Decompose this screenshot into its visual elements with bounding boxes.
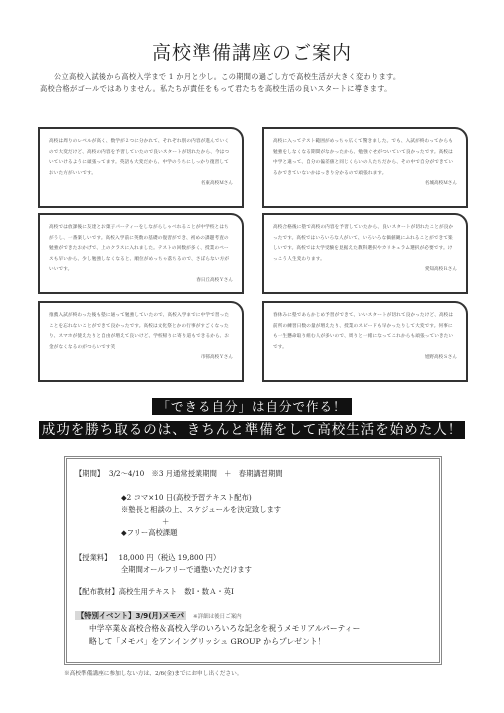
item-lessons-note: ※塾長と相談の上、スケジュールを決定致します — [121, 505, 281, 515]
testimonial-author: 愛知高校Ｒさん — [273, 266, 457, 272]
slogan-2-text: 成功を勝ち取るのは、きちんと準備をして高校生活を始めた人！ — [39, 421, 466, 439]
period-label: 【期間】 — [75, 469, 104, 479]
slogan-1-text: 「できる自分」は自分で作る！ — [152, 398, 351, 415]
event-label: 【特別イベント】3/9(月)メモパ — [75, 611, 186, 620]
testimonial-author: 春日丘高校Ｙさん — [49, 277, 233, 283]
testimonial-text: 高校に入ってテスト範囲がめっちゃ広くて驚きました。でも、入試が終わってからも勉強… — [273, 137, 457, 179]
fee-note: 全期間オールフリーで通塾いただけます — [121, 565, 252, 575]
testimonial-author: 市邨高校Ｙさん — [49, 354, 233, 360]
testimonial-box: 高校では放課後に友達とお菓子パーティーをしながらしゃべれることが中学校とはちがう… — [38, 213, 244, 294]
event-note: ※詳細は後日ご案内 — [193, 614, 242, 620]
testimonial-text: 高校合格後に塾で高校の内容を予習していたから、良いスタートが切れたことが良かった… — [273, 223, 457, 265]
materials-row: 【配布教材】高校生用テキスト 数Ⅰ・数Ａ・英Ⅰ — [75, 587, 234, 597]
intro-line-2: 高校合格がゴールではありません。私たちが責任をもって君たちを高校生活の良いスター… — [40, 83, 470, 95]
course-info-box: 【期間】 3/2～4/10 ※3 月通常授業期間 ＋ 春期講習期間 ◆2 コマ×… — [64, 456, 442, 665]
event-row: 【特別イベント】3/9(月)メモパ ※詳細は後日ご案内 — [75, 611, 242, 621]
item-lessons: ◆2 コマ×10 日(高校予習テキスト配布) — [121, 493, 252, 503]
testimonial-box: 春休みに塾であらかじめ予習ができて、いいスタートが切れて良かったけど、高校は前所… — [262, 301, 468, 382]
footer-note: ※高校準備講座に参加しない方は、2/6(金)までにお申し出ください。 — [64, 668, 243, 677]
period-value: 3/2～4/10 ※3 月通常授業期間 ＋ 春期講習期間 — [109, 469, 283, 478]
testimonial-author: 名東高校Ｍさん — [49, 180, 233, 186]
materials-label: 【配布教材】 — [75, 587, 119, 597]
materials-value: 高校生用テキスト 数Ⅰ・数Ａ・英Ⅰ — [119, 587, 234, 596]
intro-line-1: 公立高校入試後から高校入学まで 1 か月と少し。この期間の過ごし方で高校生活が大… — [40, 71, 470, 83]
fee-label: 【授業料】 — [75, 553, 111, 563]
testimonial-box: 推薦入試が終わった後も塾に通って勉強していたので、高校入学までに中学で習ったこと… — [38, 301, 244, 382]
slogan-2: 成功を勝ち取るのは、きちんと準備をして高校生活を始めた人！ — [0, 418, 504, 438]
testimonial-author: 名城高校Ｍさん — [273, 180, 457, 186]
testimonial-box: 高校合格後に塾で高校の内容を予習していたから、良いスタートが切れたことが良かった… — [262, 213, 468, 294]
testimonial-author: 旭野高校Ｓさん — [273, 354, 457, 360]
fee-row: 【授業料】 18,000 円（税込 19,800 円） — [75, 553, 220, 563]
testimonial-box: 高校に入ってテスト範囲がめっちゃ広くて驚きました。でも、入試が終わってからも勉強… — [262, 127, 468, 208]
period-row: 【期間】 3/2～4/10 ※3 月通常授業期間 ＋ 春期講習期間 — [75, 469, 283, 479]
page-title: 高校準備講座のご案内 — [0, 38, 504, 65]
item-free-homework: ◆フリー高校課題 — [121, 528, 177, 538]
testimonial-text: 高校では放課後に友達とお菓子パーティーをしながらしゃべれることが中学校とはちがう… — [49, 223, 233, 276]
testimonial-text: 推薦入試が終わった後も塾に通って勉強していたので、高校入学までに中学で習ったこと… — [49, 311, 233, 353]
fee-value: 18,000 円（税込 19,800 円） — [118, 553, 220, 562]
testimonial-text: 春休みに塾であらかじめ予習ができて、いいスタートが切れて良かったけど、高校は前所… — [273, 311, 457, 353]
slogan-1: 「できる自分」は自分で作る！ — [0, 396, 504, 415]
testimonial-box: 高校は周りのレベルが高く、数学が２つに分かれて、それぞれ別の内容が進んでいくので… — [38, 127, 244, 208]
event-description-1: 中学卒業＆高校合格＆高校入学のいろいろな記念を祝うメモリアルパーティー — [89, 623, 360, 634]
testimonial-text: 高校は周りのレベルが高く、数学が２つに分かれて、それぞれ別の内容が進んでいくので… — [49, 137, 233, 179]
intro-text: 公立高校入試後から高校入学まで 1 か月と少し。この期間の過ごし方で高校生活が大… — [40, 71, 470, 95]
event-description-2: 略して「メモパ」をアンイングリッシュ GROUP からプレゼント！ — [89, 636, 325, 647]
plus-sign: ＋ — [162, 517, 169, 527]
